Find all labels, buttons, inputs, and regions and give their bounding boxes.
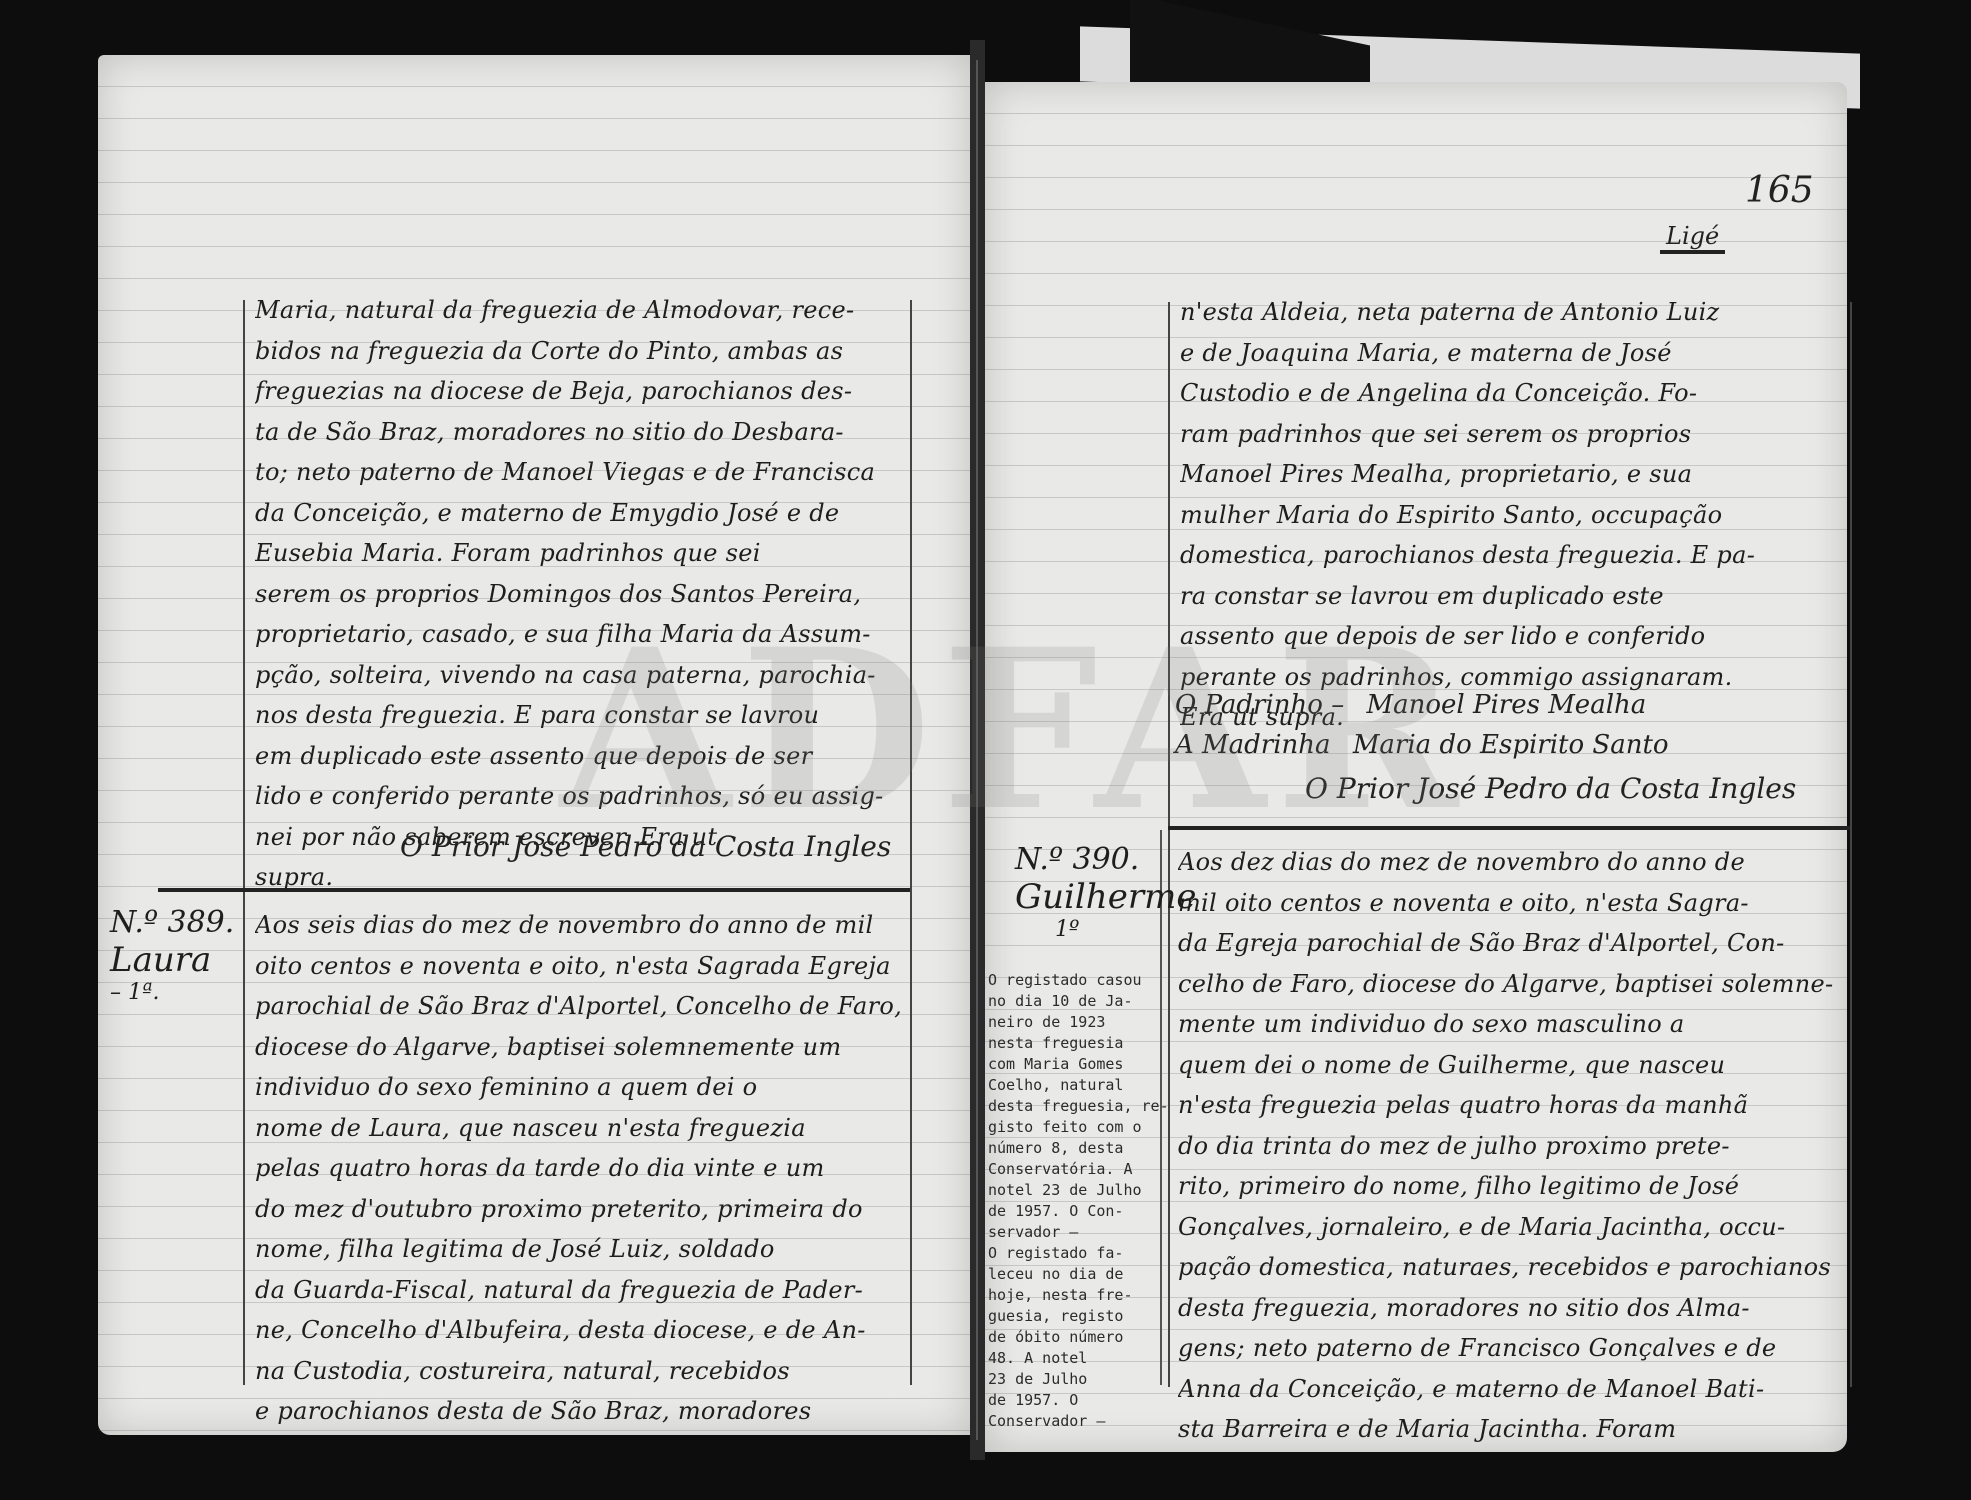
entry-name: Guilherme [1015, 877, 1160, 917]
text-line: n'esta freguezia pelas quatro horas da m… [1178, 1085, 1843, 1126]
text-line: e parochianos desta de São Braz, morador… [255, 1391, 905, 1432]
annotation-line: de óbito número [988, 1327, 1158, 1348]
text-line: nome, filha legitima de José Luiz, solda… [255, 1229, 905, 1270]
annotation-line: 48. A notel [988, 1348, 1158, 1369]
annotation-line: 23 de Julho [988, 1369, 1158, 1390]
text-line: Anna da Conceição, e materno de Manoel B… [1178, 1369, 1843, 1410]
text-line: mil oito centos e noventa e oito, n'esta… [1178, 883, 1843, 924]
text-line: Gonçalves, jornaleiro, e de Maria Jacint… [1178, 1207, 1843, 1248]
text-line: pação domestica, naturaes, recebidos e p… [1178, 1247, 1843, 1288]
text-line: ne, Concelho d'Albufeira, desta diocese,… [255, 1310, 905, 1351]
annotation-line: com Maria Gomes [988, 1054, 1158, 1075]
text-line: na Custodia, costureira, natural, recebi… [255, 1351, 905, 1392]
annotation-line: servador – [988, 1222, 1158, 1243]
annotation-line: O registado casou [988, 970, 1158, 991]
text-line: Manoel Pires Mealha, proprietario, e sua [1180, 454, 1840, 495]
annotation-line: O registado fa- [988, 1243, 1158, 1264]
entry-390-text: Aos dez dias do mez de novembro do anno … [1178, 842, 1843, 1450]
archive-watermark: ADFAR [560, 600, 1468, 859]
text-line: Custodio e de Angelina da Conceição. Fo- [1180, 373, 1840, 414]
annotation-line: número 8, desta [988, 1138, 1158, 1159]
text-line: pelas quatro horas da tarde do dia vinte… [255, 1148, 905, 1189]
text-line: da Guarda-Fiscal, natural da freguezia d… [255, 1270, 905, 1311]
text-line: do mez d'outubro proximo preterito, prim… [255, 1189, 905, 1230]
text-line: ta de São Braz, moradores no sitio do De… [255, 412, 905, 453]
text-line: to; neto paterno de Manoel Viegas e de F… [255, 452, 905, 493]
annotation-line: gisto feito com o [988, 1117, 1158, 1138]
text-line: quem dei o nome de Guilherme, que nasceu [1178, 1045, 1843, 1086]
text-line: da Egreja parochial de São Braz d'Alport… [1178, 923, 1843, 964]
page-tag: Ligé [1660, 222, 1725, 254]
entry-number: N.º 389. [110, 905, 240, 940]
text-line: do dia trinta do mez de julho proximo pr… [1178, 1126, 1843, 1167]
text-line: sta Barreira e de Maria Jacintha. Foram [1178, 1409, 1843, 1450]
annotation-line: Conservatória. A [988, 1159, 1158, 1180]
text-line: Eusebia Maria. Foram padrinhos que sei [255, 533, 905, 574]
annotation-line: desta freguesia, re- [988, 1096, 1158, 1117]
text-line: e de Joaquina Maria, e materna de José [1180, 333, 1840, 374]
text-line: mulher Maria do Espirito Santo, occupaçã… [1180, 495, 1840, 536]
annotation-line: guesia, registo [988, 1306, 1158, 1327]
text-line: individuo do sexo feminino a quem dei o [255, 1067, 905, 1108]
text-line: gens; neto paterno de Francisco Gonçalve… [1178, 1328, 1843, 1369]
text-line: diocese do Algarve, baptisei solemnement… [255, 1027, 905, 1068]
annotation-line: notel 23 de Julho [988, 1180, 1158, 1201]
text-line: da Conceição, e materno de Emygdio José … [255, 493, 905, 534]
text-line: ram padrinhos que sei serem os proprios [1180, 414, 1840, 455]
page-number: 165 [1745, 170, 1814, 211]
text-line: supra. [255, 857, 905, 898]
text-line: parochial de São Braz d'Alportel, Concel… [255, 986, 905, 1027]
annotation-line: Conservador – [988, 1411, 1158, 1432]
text-line: domestica, parochianos desta freguezia. … [1180, 535, 1840, 576]
annotation-line: neiro de 1923 [988, 1012, 1158, 1033]
text-line: desta freguezia, moradores no sitio dos … [1178, 1288, 1843, 1329]
text-line: celho de Faro, diocese do Algarve, bapti… [1178, 964, 1843, 1005]
annotation-line: de 1957. O Con- [988, 1201, 1158, 1222]
annotation-line: nesta freguesia [988, 1033, 1158, 1054]
entry-389-text: Aos seis dias do mez de novembro do anno… [255, 905, 905, 1432]
annotation-line: hoje, nesta fre- [988, 1285, 1158, 1306]
text-line: n'esta Aldeia, neta paterna de Antonio L… [1180, 292, 1840, 333]
text-line: mente um individuo do sexo masculino a [1178, 1004, 1843, 1045]
text-line: bidos na freguezia da Corte do Pinto, am… [255, 331, 905, 372]
entry-mark: – 1ª. [110, 980, 240, 1005]
entry-389-margin: N.º 389. Laura – 1ª. [110, 905, 240, 1005]
annotation-line: de 1957. O [988, 1390, 1158, 1411]
annotation-line: no dia 10 de Ja- [988, 991, 1158, 1012]
text-line: Aos seis dias do mez de novembro do anno… [255, 905, 905, 946]
annotation-line: leceu no dia de [988, 1264, 1158, 1285]
entry-name: Laura [110, 940, 240, 980]
entry-mark: 1º [1055, 917, 1160, 942]
text-line: oito centos e noventa e oito, n'esta Sag… [255, 946, 905, 987]
marginal-annotations: O registado casou no dia 10 de Ja- neiro… [988, 970, 1158, 1432]
text-line: Maria, natural da freguezia de Almodovar… [255, 290, 905, 331]
annotation-line: Coelho, natural [988, 1075, 1158, 1096]
text-line: rito, primeiro do nome, filho legitimo d… [1178, 1166, 1843, 1207]
text-line: freguezias na diocese de Beja, parochian… [255, 371, 905, 412]
text-line: nome de Laura, que nasceu n'esta freguez… [255, 1108, 905, 1149]
